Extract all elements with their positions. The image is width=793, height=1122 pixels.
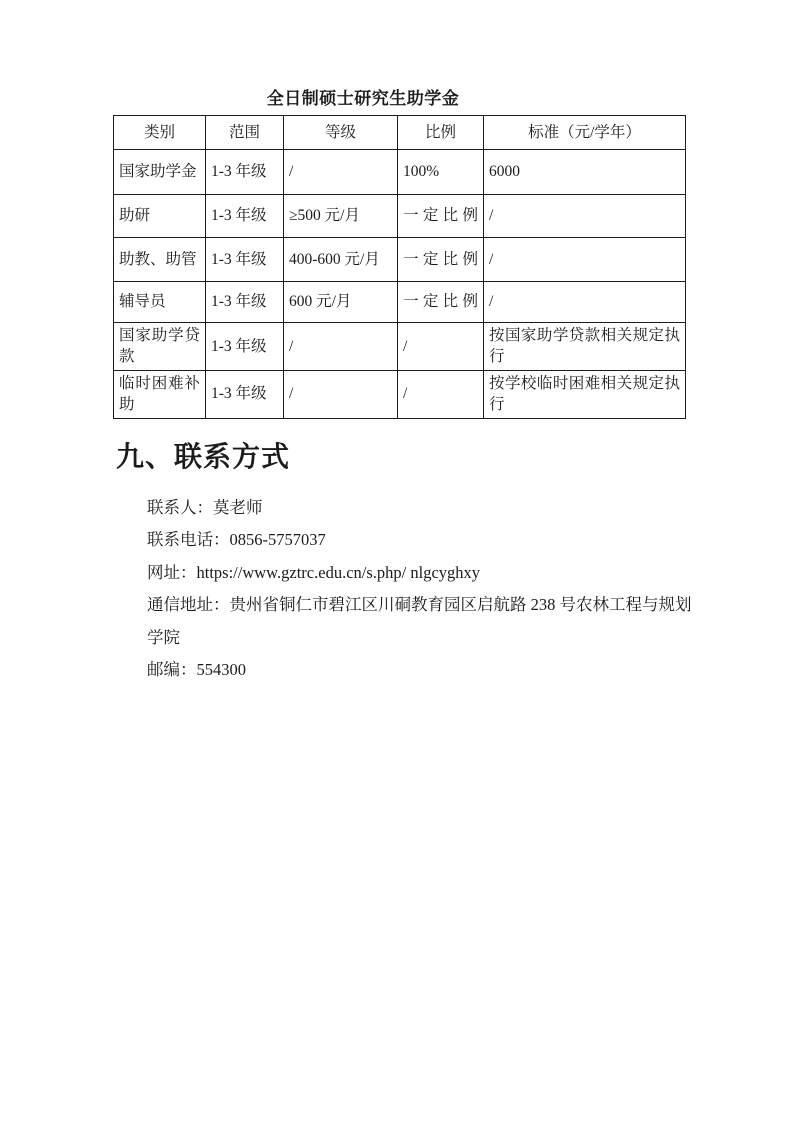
contact-person-line: 联系人：莫老师 — [147, 492, 692, 525]
table-cell: / — [284, 323, 398, 371]
column-header-category: 类别 — [114, 116, 206, 150]
address-line: 通信地址：贵州省铜仁市碧江区川硐教育园区启航路 238 号农林工程与规划学院 — [147, 589, 692, 654]
table-cell: 辅导员 — [114, 282, 206, 323]
table-cell: 国家助学贷款 — [114, 323, 206, 371]
table-cell: 助教、助管 — [114, 238, 206, 282]
section-heading: 九、联系方式 — [116, 441, 793, 475]
table-cell: 1-3 年级 — [206, 150, 284, 195]
table-cell: 1-3 年级 — [206, 238, 284, 282]
table-cell: 1-3 年级 — [206, 195, 284, 238]
table-cell: 助研 — [114, 195, 206, 238]
table-cell: ≥500 元/月 — [284, 195, 398, 238]
table-row: 辅导员 1-3 年级 600 元/月 一定比例 / — [114, 282, 686, 323]
document-page: 全日制硕士研究生助学金 类别 范围 等级 比例 标准（元/学年） 国家助学金 1… — [0, 0, 793, 1122]
column-header-standard: 标准（元/学年） — [484, 116, 686, 150]
column-header-scope: 范围 — [206, 116, 284, 150]
table-cell: / — [398, 370, 484, 418]
scholarship-table: 类别 范围 等级 比例 标准（元/学年） 国家助学金 1-3 年级 / 100%… — [113, 115, 686, 419]
table-cell: 国家助学金 — [114, 150, 206, 195]
table-cell: 一定比例 — [398, 195, 484, 238]
table-cell: / — [484, 282, 686, 323]
postcode-line: 邮编：554300 — [147, 654, 692, 687]
table-row: 国家助学金 1-3 年级 / 100% 6000 — [114, 150, 686, 195]
table-cell: 按国家助学贷款相关规定执行 — [484, 323, 686, 371]
table-cell: 1-3 年级 — [206, 282, 284, 323]
column-header-grade: 等级 — [284, 116, 398, 150]
table-cell: 1-3 年级 — [206, 370, 284, 418]
table-cell: 按学校临时困难相关规定执行 — [484, 370, 686, 418]
table-cell: 600 元/月 — [284, 282, 398, 323]
table-cell: 临时困难补助 — [114, 370, 206, 418]
table-cell: 一定比例 — [398, 238, 484, 282]
table-row: 助研 1-3 年级 ≥500 元/月 一定比例 / — [114, 195, 686, 238]
contact-block: 联系人：莫老师 联系电话：0856-5757037 网址：https://www… — [147, 492, 692, 687]
table-cell: 100% — [398, 150, 484, 195]
table-cell: 一定比例 — [398, 282, 484, 323]
contact-phone-line: 联系电话：0856-5757037 — [147, 524, 692, 557]
table-cell: / — [284, 370, 398, 418]
table-cell: / — [284, 150, 398, 195]
table-cell: / — [484, 238, 686, 282]
column-header-ratio: 比例 — [398, 116, 484, 150]
table-cell: / — [484, 195, 686, 238]
table-header-row: 类别 范围 等级 比例 标准（元/学年） — [114, 116, 686, 150]
table-cell: 6000 — [484, 150, 686, 195]
website-line: 网址：https://www.gztrc.edu.cn/s.php/ nlgcy… — [147, 557, 692, 590]
table-title: 全日制硕士研究生助学金 — [113, 0, 685, 110]
table-cell: 1-3 年级 — [206, 323, 284, 371]
table-row: 国家助学贷款 1-3 年级 / / 按国家助学贷款相关规定执行 — [114, 323, 686, 371]
table-row: 临时困难补助 1-3 年级 / / 按学校临时困难相关规定执行 — [114, 370, 686, 418]
table-row: 助教、助管 1-3 年级 400-600 元/月 一定比例 / — [114, 238, 686, 282]
table-cell: / — [398, 323, 484, 371]
table-cell: 400-600 元/月 — [284, 238, 398, 282]
